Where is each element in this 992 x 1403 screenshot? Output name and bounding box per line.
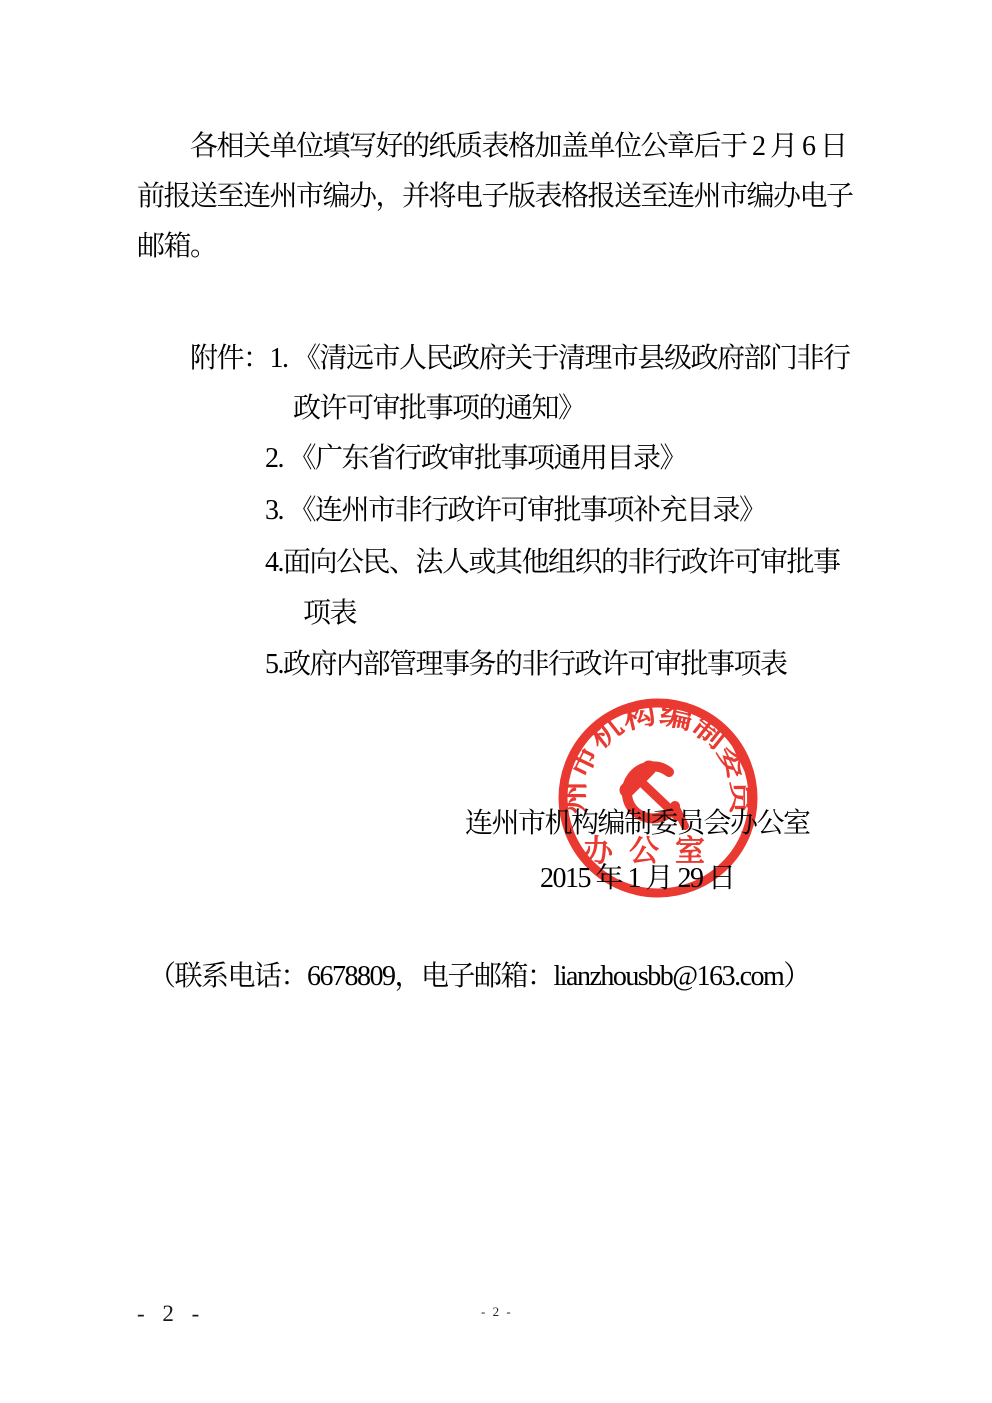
attachment-item-4-wrap: 项表 (303, 598, 356, 630)
attachment-item-3: 3. 《连州市非行政许可审批事项补充目录》 (265, 495, 766, 527)
official-seal: 连州市机构编制委员会 办公室 (548, 688, 768, 908)
document-page: 各相关单位填写好的纸质表格加盖单位公章后于 2 月 6 日 前报送至连州市编办，… (0, 0, 992, 1403)
page-number-center: - 2 - (481, 1304, 513, 1320)
paragraph-line: 前报送至连州市编办，并将电子版表格报送至连州市编办电子 (137, 181, 853, 213)
seal-bottom-text: 办公室 (583, 835, 721, 868)
attachment-item-4: 4.面向公民、法人或其他组织的非行政许可审批事 (265, 547, 840, 579)
attachment-item-1-wrap: 政许可审批事项的通知》 (293, 393, 585, 425)
hammer-sickle-icon (627, 766, 685, 826)
paragraph-line: 邮箱。 (137, 231, 217, 263)
attachment-item-5: 5.政府内部管理事务的非行政许可审批事项表 (265, 649, 787, 681)
contact-line: （联系电话：6678809，电子邮箱：lianzhousbb@163.com） (148, 961, 810, 993)
attachment-item-2: 2. 《广东省行政审批事项通用目录》 (265, 443, 686, 475)
attachment-item-1: 附件：1. 《清远市人民政府关于清理市县级政府部门非行 (190, 343, 850, 375)
paragraph-line: 各相关单位填写好的纸质表格加盖单位公章后于 2 月 6 日 (190, 131, 847, 163)
page-number-left: - 2 - (137, 1301, 205, 1327)
